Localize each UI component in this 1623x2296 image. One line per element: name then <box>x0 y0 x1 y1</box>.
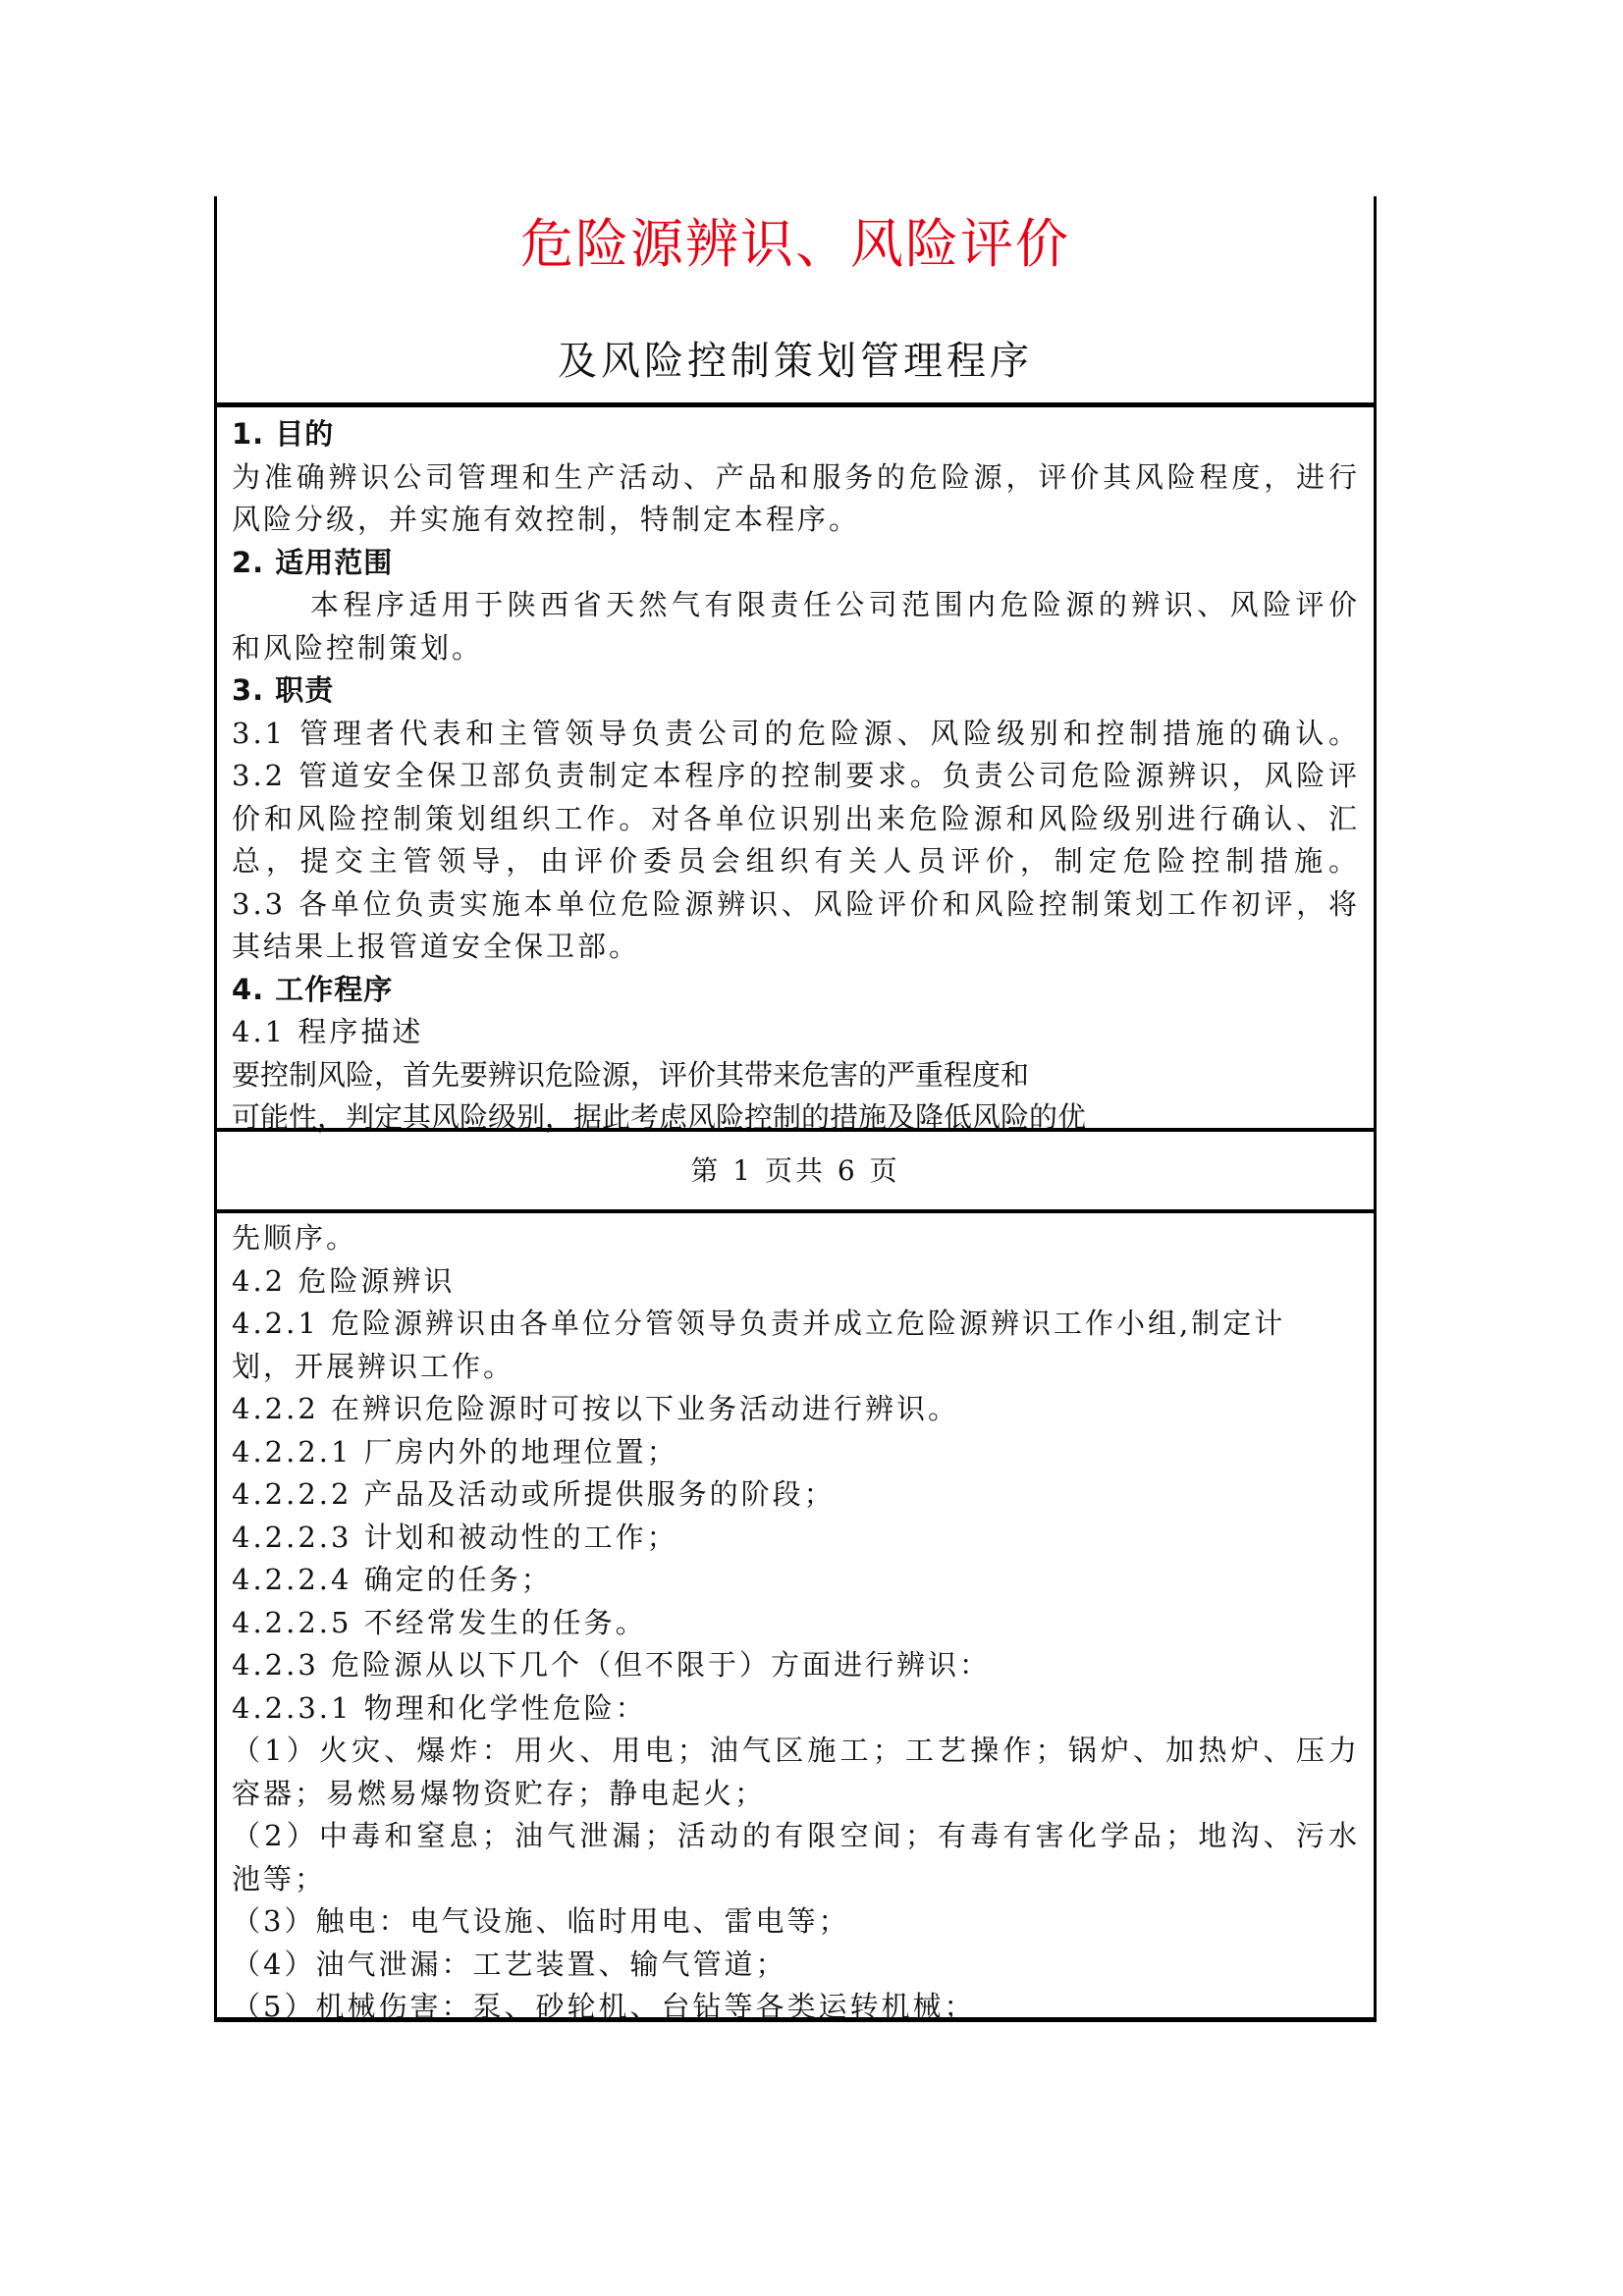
text-line: 4.1 程序描述 <box>232 1011 1360 1054</box>
text-line: 要控制风险，首先要辨识危险源，评价其带来危害的严重程度和 <box>232 1054 1360 1097</box>
document-title: 危险源辨识、风险评价 <box>217 210 1374 279</box>
text-line: （2）中毒和窒息；油气泄漏；活动的有限空间；有毒有害化学品；地沟、污水 <box>232 1815 1360 1858</box>
page-number-cell: 第 1 页共 6 页 <box>214 1132 1377 1213</box>
text-line: （1）火灾、爆炸：用火、用电；油气区施工；工艺操作；锅炉、加热炉、压力 <box>232 1730 1360 1773</box>
text-line: 4.2.3.1 物理和化学性危险： <box>232 1687 1360 1731</box>
section-heading: 4. 工作程序 <box>232 969 1360 1012</box>
text-line: 和风险控制策划。 <box>232 627 1360 670</box>
text-line: 风险分级，并实施有效控制，特制定本程序。 <box>232 499 1360 542</box>
text-line: 容器；易燃易爆物资贮存；静电起火； <box>232 1773 1360 1816</box>
text-line: 4.2 危险源辨识 <box>232 1260 1360 1304</box>
text-line: 价和风险控制策划组织工作。对各单位识别出来危险源和风险级别进行确认、汇 <box>232 798 1360 841</box>
document-subtitle: 及风险控制策划管理程序 <box>217 334 1374 389</box>
text-line: 4.2.3 危险源从以下几个（但不限于）方面进行辨识： <box>232 1644 1360 1687</box>
text-line: 池等； <box>232 1858 1360 1901</box>
text-line: 4.2.1 危险源辨识由各单位分管领导负责并成立危险源辨识工作小组,制定计 <box>232 1303 1360 1346</box>
text-line: 4.2.2.2 产品及活动或所提供服务的阶段； <box>232 1473 1360 1517</box>
text-line: 划，开展辨识工作。 <box>232 1346 1360 1389</box>
text-line: 4.2.2.3 计划和被动性的工作； <box>232 1517 1360 1560</box>
text-line: 3.2 管道安全保卫部负责制定本程序的控制要求。负责公司危险源辨识，风险评 <box>232 755 1360 798</box>
text-line: 4.2.2.5 不经常发生的任务。 <box>232 1602 1360 1645</box>
text-line: （5）机械伤害：泵、砂轮机、台钻等各类运转机械； <box>232 1986 1360 2029</box>
section-heading: 2. 适用范围 <box>232 542 1360 585</box>
text-line: 为准确辨识公司管理和生产活动、产品和服务的危险源，评价其风险程度，进行 <box>232 456 1360 500</box>
text-line: 总，提交主管领导，由评价委员会组织有关人员评价，制定危险控制措施。 <box>232 840 1360 883</box>
section-heading: 3. 职责 <box>232 669 1360 713</box>
text-line: 本程序适用于陕西省天然气有限责任公司范围内危险源的辨识、风险评价 <box>232 584 1360 627</box>
page1-content-cell: 1. 目的为准确辨识公司管理和生产活动、产品和服务的危险源，评价其风险程度，进行… <box>214 405 1377 1132</box>
text-line: 先顺序。 <box>232 1217 1360 1260</box>
text-line: 3.1 管理者代表和主管领导负责公司的危险源、风险级别和控制措施的确认。 <box>232 713 1360 756</box>
text-line: 3.3 各单位负责实施本单位危险源辨识、风险评价和风险控制策划工作初评，将 <box>232 883 1360 927</box>
title-cell: 危险源辨识、风险评价 及风险控制策划管理程序 <box>214 196 1377 407</box>
text-line: 4.2.2.4 确定的任务； <box>232 1559 1360 1602</box>
text-line: 4.2.2.1 厂房内外的地理位置； <box>232 1431 1360 1474</box>
section-heading: 1. 目的 <box>232 413 1360 456</box>
text-line: 4.2.2 在辨识危险源时可按以下业务活动进行辨识。 <box>232 1388 1360 1431</box>
text-line: （3）触电：电气设施、临时用电、雷电等； <box>232 1900 1360 1944</box>
page-number: 第 1 页共 6 页 <box>217 1149 1374 1189</box>
text-line: 其结果上报管道安全保卫部。 <box>232 926 1360 969</box>
text-line: （4）油气泄漏：工艺装置、输气管道； <box>232 1944 1360 1987</box>
page2-content-cell: 先顺序。4.2 危险源辨识4.2.1 危险源辨识由各单位分管领导负责并成立危险源… <box>214 1211 1377 2022</box>
